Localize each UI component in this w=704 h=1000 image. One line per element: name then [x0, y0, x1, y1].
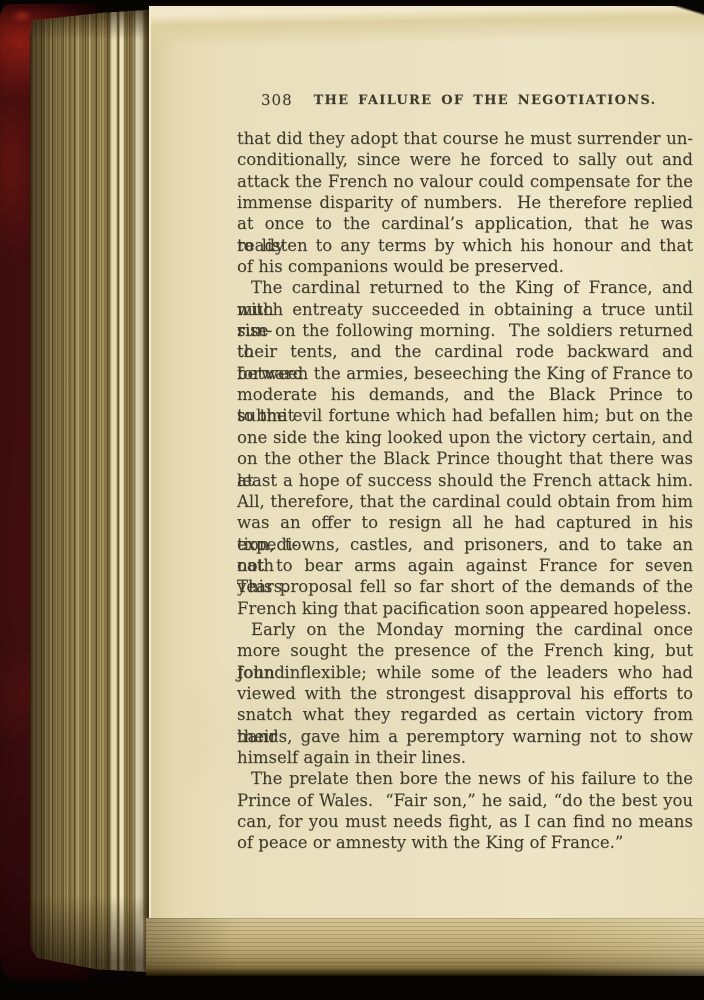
body-text: that did they adopt that course he must … — [237, 128, 693, 854]
text-line: between the armies, beseeching the King … — [237, 363, 693, 384]
text-line: not to bear arms again against France fo… — [237, 555, 693, 576]
text-line: that did they adopt that course he must … — [237, 128, 693, 149]
text-line: conditionally, since were he forced to s… — [237, 149, 693, 170]
paragraph: The prelate then bore the news of his fa… — [237, 768, 693, 853]
page-content: 308 THE FAILURE OF THE NEGOTIATIONS. tha… — [237, 90, 693, 854]
text-line: hands, gave him a peremptory warning not… — [237, 726, 693, 747]
text-line: moderate his demands, and the Black Prin… — [237, 384, 693, 405]
text-line: more sought the presence of the French k… — [237, 640, 693, 661]
page-fore-edges — [30, 10, 151, 972]
text-line: The prelate then bore the news of his fa… — [237, 768, 693, 789]
paragraph: that did they adopt that course he must … — [237, 128, 693, 277]
text-line: French king that pacification soon appea… — [237, 598, 693, 619]
text-line: himself again in their lines. — [237, 747, 693, 768]
page-header: 308 THE FAILURE OF THE NEGOTIATIONS. — [237, 90, 693, 128]
text-line: of his companions would be preserved. — [237, 256, 693, 277]
text-line: snatch what they regarded as certain vic… — [237, 704, 693, 725]
text-line: much entreaty succeeded in obtaining a t… — [237, 299, 693, 320]
text-line: viewed with the strongest disapproval hi… — [237, 683, 693, 704]
text-line: The cardinal returned to the King of Fra… — [237, 277, 693, 298]
text-line: can, for you must needs fight, as I can … — [237, 811, 693, 832]
book-photo: 308 THE FAILURE OF THE NEGOTIATIONS. tha… — [0, 0, 704, 1000]
paragraph: Early on the Monday morning the cardinal… — [237, 619, 693, 768]
text-line: All, therefore, that the cardinal could … — [237, 491, 693, 512]
text-line: Prince of Wales. “Fair son,” he said, “d… — [237, 790, 693, 811]
text-line: least a hope of success should the Frenc… — [237, 470, 693, 491]
page-corner-shadow — [656, 0, 704, 22]
text-line: of peace or amnesty with the King of Fra… — [237, 832, 693, 853]
text-line: John inflexible; while some of the leade… — [237, 662, 693, 683]
text-line: attack the French no valour could compen… — [237, 171, 693, 192]
text-line: to the evil fortune which had befallen h… — [237, 405, 693, 426]
text-line: at once to the cardinal’s application, t… — [237, 213, 693, 234]
text-line: their tents, and the cardinal rode backw… — [237, 341, 693, 362]
text-line: immense disparity of numbers. He therefo… — [237, 192, 693, 213]
page-number: 308 — [261, 91, 293, 109]
text-line: to listen to any terms by which his hono… — [237, 235, 693, 256]
text-line: on the other the Black Prince thought th… — [237, 448, 693, 469]
paragraph: The cardinal returned to the King of Fra… — [237, 277, 693, 619]
text-line: one side the king looked upon the victor… — [237, 427, 693, 448]
text-line: was an offer to resign all he had captur… — [237, 512, 693, 533]
text-line: Early on the Monday morning the cardinal… — [237, 619, 693, 640]
page-bottom-edges — [146, 918, 704, 976]
text-line: rise on the following morning. The soldi… — [237, 320, 693, 341]
text-line: This proposal fell so far short of the d… — [237, 576, 693, 597]
text-line: tion, towns, castles, and prisoners, and… — [237, 534, 693, 555]
running-header: THE FAILURE OF THE NEGOTIATIONS. — [314, 93, 657, 108]
